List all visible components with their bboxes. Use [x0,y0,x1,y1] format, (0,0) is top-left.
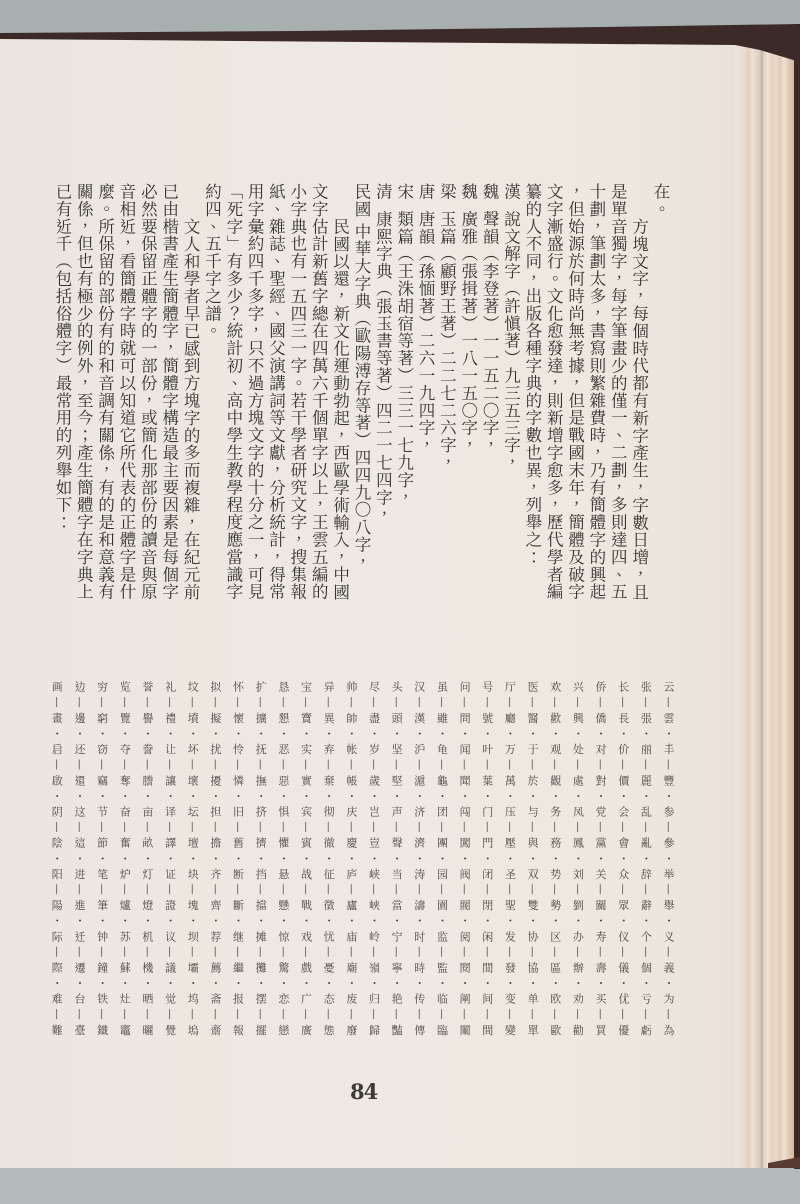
dictionary-title-count: 唐韻（孫愐著）二六一九四字， [416,210,435,454]
text-column: 小字典也有一五四三一字。若干學者研究文字，搜集報 [287,183,308,613]
text-column: 纂的人不同，出版各種字典的字數也異，列舉之： [521,183,542,613]
text-column: 用字彙約四千多字，只不過方塊文字的十分之一，可見 [244,183,265,613]
character-pair-column: 头—頭・坚—堅・声—聲・当—當・宁—寧・艳—豔 [384,681,407,1046]
text-column: ，但始源於何時尚無考據，但是戰國末年，簡體及破字 [564,183,585,613]
character-pair-column: 张—張・丽—麗・乱—亂・辞—辭・个—個・亏—虧 [634,681,657,1046]
dictionary-title-count: 康熙字典（張玉書等著）四二一七四字， [373,210,392,523]
character-pair-column: 汉—漢・沪—滬・济—濟・涛—濤・时—時・传—傳 [407,681,430,1046]
dynasty-label: 魏 [459,183,478,200]
main-text: 在。 方塊文字，每個時代都有新字產生，字數日增，且 是單音獨字，每字筆畫少的僅一… [51,183,671,613]
text-column: 方塊文字，每個時代都有新字產生，字數日增，且 [628,183,649,648]
dynasty-label: 宋 [395,183,414,200]
dynasty-label: 漢 [501,183,520,200]
dynasty-label: 梁 [437,183,456,200]
text-column: 麼。所保留的部份有的和音調有關係，有的是和意義有 [94,183,115,613]
text-column: 關係，但也有極少的例外，至今；產生簡體字在字典上 [73,183,94,613]
text-column: 在。 [650,183,671,613]
page-number: 84 [350,1079,377,1104]
character-pair-column: 问—問・闻—聞・闯—闖・阀—閥・阅—閱・阐—闡 [452,681,475,1046]
text-column: 「死字」有多少？統計初、高中學生教學程度應當識字 [222,183,243,613]
dynasty-label: 唐 [416,183,435,200]
text-column: 十劃，筆劃太多，書寫則繁雜費時，乃有簡體字的興起 [586,183,607,613]
dictionary-title-count: 中華大字典（歐陽溥存等著）四四九〇八字， [352,223,371,571]
character-pair-column: 长—長・价—價・会—會・众—眾・仪—儀・优—優 [611,681,634,1046]
dictionary-title-count: 廣雅（張揖著）一八一五〇字， [459,210,478,454]
character-pair-column: 号—號・叶—葉・门—門・闭—閉・闲—閒・间—間 [475,681,498,1046]
text-column: 文人和學者早已感到方塊字的多而複雜，在紀元前 [180,183,201,648]
character-pair-column: 怀—懷・怜—憐・旧—舊・断—斷・继—繼・报—報 [226,681,249,1046]
character-pair-column: 恳—懇・恶—惡・惧—懼・悬—懸・惊—驚・恋—戀 [271,681,294,1046]
dictionary-title-count: 類篇（王洙胡宿等著）三三一七九字， [395,210,414,506]
text-column: 約四、五千字之譜。 [201,183,222,613]
dictionary-entry: 清康熙字典（張玉書等著）四二一七四字， [372,183,393,613]
character-pair-column: 厅—廳・万—萬・压—壓・圣—聖・发—發・变—變 [498,681,521,1046]
dynasty-label: 民國 [352,183,371,218]
character-pair-column: 异—異・弃—棄・彻—徹・征—徵・忧—憂・态—態 [317,681,340,1046]
character-pair-column: 穷—窮・窃—竊・节—節・笔—筆・钟—鐘・铁—鐵 [90,681,113,1046]
text-column: 是單音獨字，每字筆畫少的僅一、二劃，多則達四、五 [607,183,628,613]
dictionary-entry: 唐唐韻（孫愐著）二六一九四字， [415,183,436,613]
character-pair-column: 拟—擬・扰—擾・担—擔・齐—齊・荐—薦・斋—齋 [203,681,226,1046]
dictionary-title-count: 玉篇（顧野王著）二二七二六字， [437,210,456,471]
text-column: 已由楷書產生簡體字，簡體字構造最主要因素是每個字 [158,183,179,613]
text-column: 必然要保留正體字的一部份，或簡化那部份的讀音與原 [137,183,158,613]
text-column: 音相近，看簡體字時就可以知道它所代表的正體字是什 [116,183,137,613]
text-column: 文字漸盛行。文化愈發達，則新增字愈多，歷代學者編 [543,183,564,613]
character-pair-column: 扩—擴・抚—撫・挤—擠・挡—擋・摊—攤・摆—擺 [249,681,272,1046]
dictionary-entry: 梁玉篇（顧野王著）二二七二六字， [436,183,457,613]
character-pair-column: 宝—寶・实—實・宾—賓・战—戰・戏—戲・广—廣 [294,681,317,1046]
simplified-traditional-table: 云—雲・丰—豐・参—參・举—舉・义—義・为—為 张—張・丽—麗・乱—亂・辞—辭・… [44,681,679,1046]
text-column: 文字估計新舊字總在四萬六千個單字以上，王雲五編的 [308,183,329,613]
dynasty-label: 清 [373,183,392,200]
character-pair-column: 帅—帥・帐—帳・庆—慶・庐—廬・庙—廟・废—廢 [339,681,362,1046]
text-column: 民國以還，新文化運動勃起，西歐學術輸入，中國 [329,183,350,648]
character-pair-column: 誉—譽・誊—謄・亩—畝・灯—燈・机—機・晒—曬 [135,681,158,1046]
character-pair-column: 边—邊・还—還・这—這・进—進・迁—遷・台—臺 [67,681,90,1046]
character-pair-column: 画—畫・启—啟・阴—陰・阳—陽・际—際・难—難 [45,681,68,1046]
character-pair-column: 虽—雖・龟—龜・团—團・园—園・监—監・临—臨 [430,681,453,1046]
dictionary-entry: 宋類篇（王洙胡宿等著）三三一七九字， [393,183,414,613]
character-pair-column: 礼—禮・让—讓・译—譯・证—證・议—議・觉—覺 [158,681,181,1046]
character-pair-column: 欢—歡・观—觀・务—務・势—勢・区—區・欧—歐 [543,681,566,1046]
text-column: 紙、雜誌、聖經、國父演講詞等文獻，分析統計，得常 [265,183,286,613]
character-pair-column: 侨—僑・对—對・党—黨・关—關・寿—壽・买—買 [588,681,611,1046]
character-pair-column: 云—雲・丰—豐・参—參・举—舉・义—義・为—為 [656,681,679,1046]
dictionary-title-count: 說文解字（許愼著）九三五三字， [501,210,520,471]
character-pair-column: 兴—興・处—處・凤—鳳・刘—劉・办—辦・劝—勸 [566,681,589,1046]
dictionary-entry: 民國中華大字典（歐陽溥存等著）四四九〇八字， [351,183,372,613]
dictionary-entry: 魏廣雅（張揖著）一八一五〇字， [457,183,478,613]
dictionary-entry: 魏聲韻（李登著）一一五二〇字， [479,183,500,613]
dictionary-entry: 漢說文解字（許愼著）九三五三字， [500,183,521,613]
character-pair-column: 医—醫・于—於・与—與・双—雙・协—協・单—單 [520,681,543,1046]
dictionary-title-count: 聲韻（李登著）一一五二〇字， [480,210,499,454]
character-pair-column: 览—覽・夺—奪・奋—奮・炉—爐・苏—蘇・灶—竈 [113,681,136,1046]
dynasty-label: 魏 [480,183,499,200]
text-column: 已有近千（包括俗體字）最常用的列舉如下： [52,183,73,613]
character-pair-column: 尽—盡・岁—歲・岂—豈・峡—峽・岭—嶺・归—歸 [362,681,385,1046]
character-pair-column: 坟—墳・坏—壞・坛—壇・块—塊・坝—壩・坞—塢 [181,681,204,1046]
